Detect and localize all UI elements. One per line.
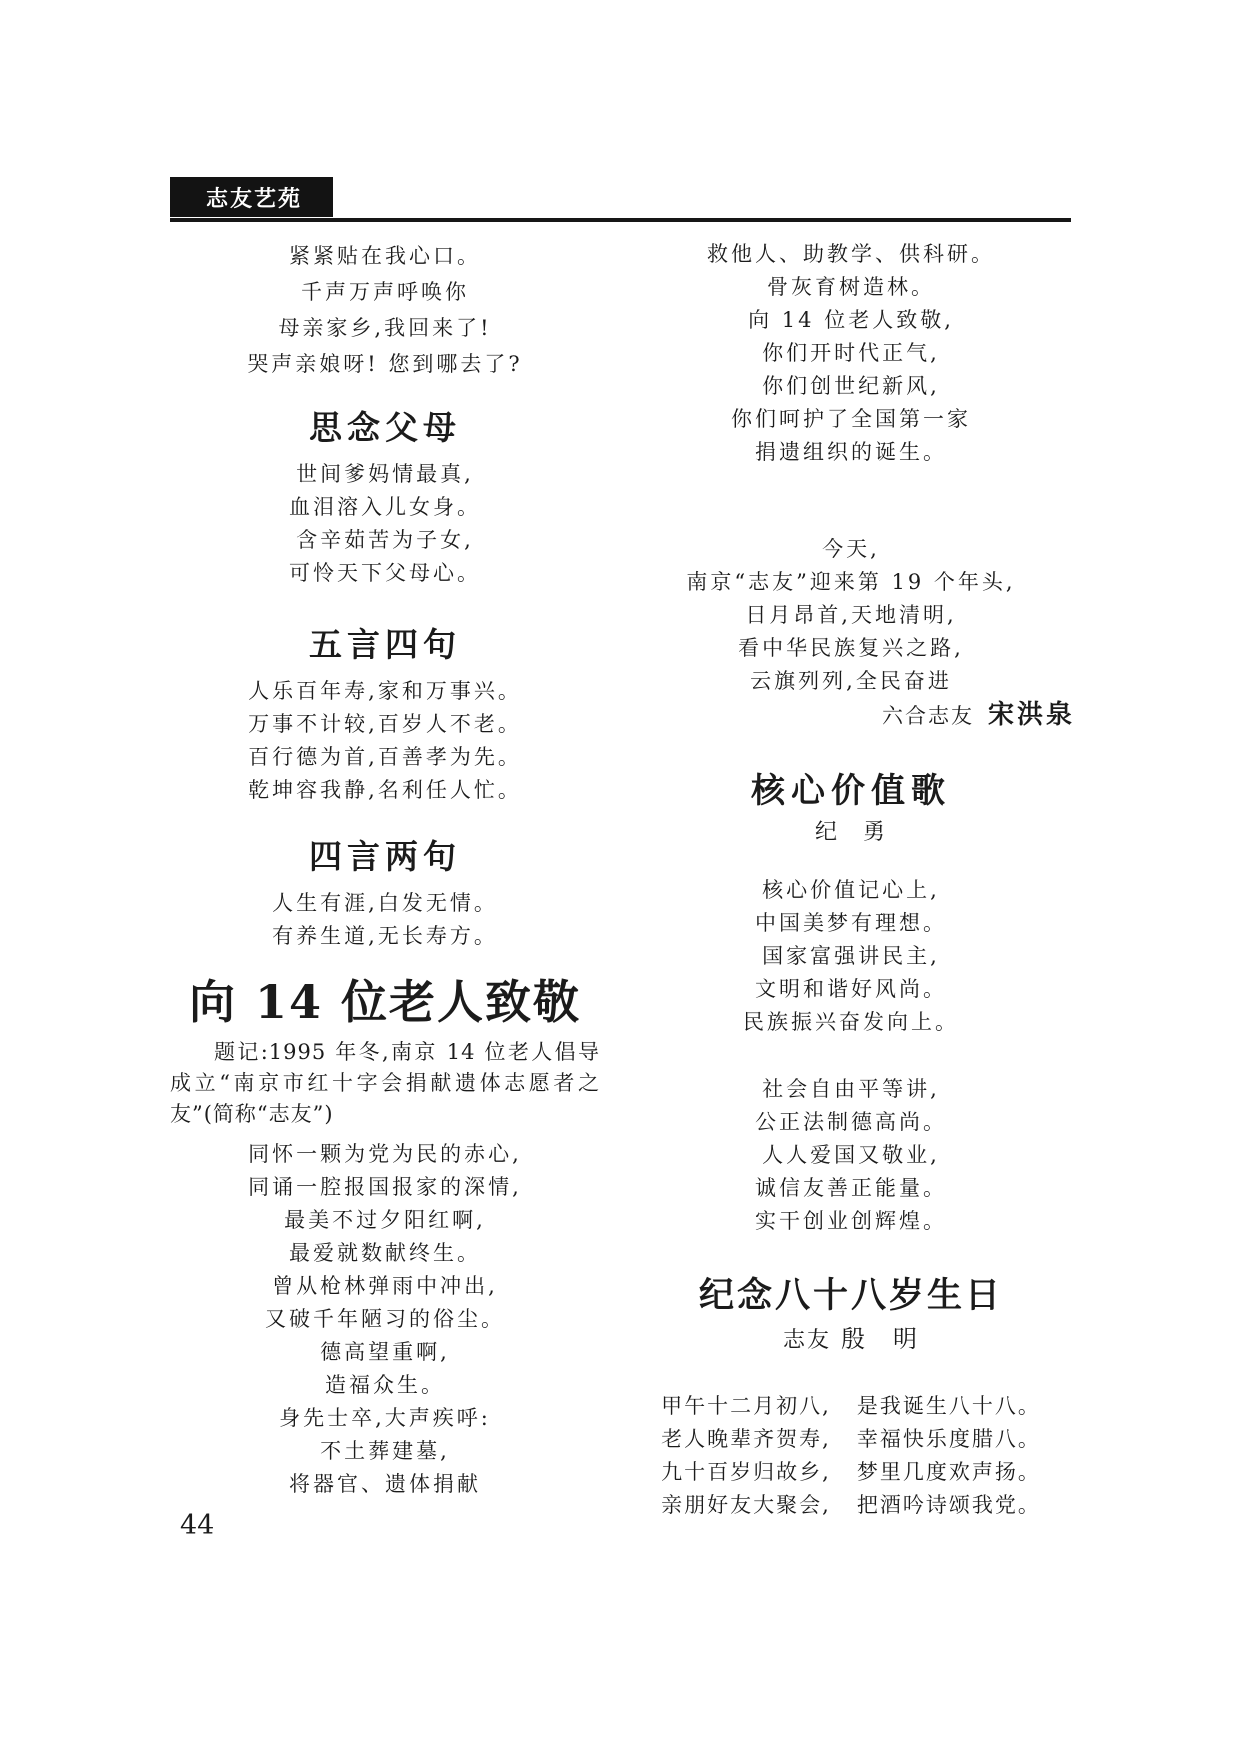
poem-line: 把酒吟诗颂我党。: [857, 1489, 1041, 1522]
poem-line: 南京“志友”迎来第 19 个年头,: [625, 566, 1077, 599]
poem-line: 骨灰育树造林。: [625, 271, 1077, 304]
left-column: 紧紧贴在我心口。 千声万声呼唤你 母亲家乡,我回来了! 哭声亲娘呀! 您到哪去了…: [170, 238, 600, 1501]
poem-continuation-stanza: 紧紧贴在我心口。 千声万声呼唤你 母亲家乡,我回来了! 哭声亲娘呀! 您到哪去了…: [170, 238, 600, 382]
birthday-poem-stanza: 甲午十二月初八,是我诞生八十八。 老人晚辈齐贺寿,幸福快乐度腊八。 九十百岁归故…: [625, 1390, 1077, 1522]
author-signature: 六合志友宋洪泉: [625, 698, 1077, 733]
poem-five-char-stanza: 人乐百年寿,家和万事兴。 万事不计较,百岁人不老。 百行德为首,百善孝为先。 乾…: [170, 675, 600, 807]
author-affiliation: 志友: [783, 1328, 831, 1353]
poem-line: 云旗列列,全民奋进: [625, 665, 1077, 698]
poem-line: 又破千年陋习的俗尘。: [170, 1303, 600, 1336]
poem-line: 母亲家乡,我回来了!: [170, 310, 600, 346]
poem-line: 甲午十二月初八,: [661, 1390, 831, 1423]
poem-line: 同怀一颗为党为民的赤心,: [170, 1138, 600, 1171]
poem-line: 最爱就数献终生。: [170, 1237, 600, 1270]
core-values-song-author: 纪 勇: [625, 818, 1077, 848]
poem-line: 核心价值记心上,: [625, 874, 1077, 907]
poem-four-char-stanza: 人生有涯,白发无情。 有养生道,无长寿方。: [170, 887, 600, 953]
poem-title-missing-parents: 思念父母: [170, 406, 600, 450]
poem-line: 向 14 位老人致敬,: [625, 304, 1077, 337]
poem-line: 国家富强讲民主,: [625, 940, 1077, 973]
poem-line: 曾从枪林弹雨中冲出,: [170, 1270, 600, 1303]
poem-missing-parents-stanza: 世间爹妈情最真, 血泪溶入儿女身。 含辛茹苦为子女, 可怜天下父母心。: [170, 458, 600, 590]
poem-line: 诚信友善正能量。: [625, 1172, 1077, 1205]
poem-line: 含辛茹苦为子女,: [170, 524, 600, 557]
poem-line: 救他人、助教学、供科研。: [625, 238, 1077, 271]
tribute-poem-title: 向 14 位老人致敬: [170, 973, 600, 1031]
poem-line: 文明和谐好风尚。: [625, 973, 1077, 1006]
right-column: 救他人、助教学、供科研。 骨灰育树造林。 向 14 位老人致敬, 你们开时代正气…: [625, 238, 1077, 1522]
poem-line: 民族振兴奋发向上。: [625, 1006, 1077, 1039]
poem-couplet: 甲午十二月初八,是我诞生八十八。: [625, 1390, 1077, 1423]
author-affiliation: 六合志友: [882, 704, 974, 728]
poem-line: 将器官、遗体捐献: [170, 1468, 600, 1501]
author-name: 殷 明: [841, 1325, 919, 1353]
poem-line: 最美不过夕阳红啊,: [170, 1204, 600, 1237]
tribute-poem-final-stanza: 今天, 南京“志友”迎来第 19 个年头, 日月昂首,天地清明, 看中华民族复兴…: [625, 533, 1077, 698]
poem-line: 有养生道,无长寿方。: [170, 920, 600, 953]
poem-line: 梦里几度欢声扬。: [857, 1456, 1041, 1489]
poem-line: 德高望重啊,: [170, 1336, 600, 1369]
poem-title-five-char: 五言四句: [170, 623, 600, 667]
magazine-page: 志友艺苑 紧紧贴在我心口。 千声万声呼唤你 母亲家乡,我回来了! 哭声亲娘呀! …: [0, 0, 1240, 1754]
poem-line: 你们开时代正气,: [625, 337, 1077, 370]
poem-line: 千声万声呼唤你: [170, 274, 600, 310]
poem-line: 公正法制德高尚。: [625, 1106, 1077, 1139]
poem-couplet: 老人晚辈齐贺寿,幸福快乐度腊八。: [625, 1423, 1077, 1456]
tribute-poem-preface: 题记:1995 年冬,南京 14 位老人倡导成立“南京市红十字会捐献遗体志愿者之…: [170, 1037, 600, 1130]
tribute-poem-stanza: 同怀一颗为党为民的赤心, 同诵一腔报国报家的深情, 最美不过夕阳红啊, 最爱就数…: [170, 1138, 600, 1501]
poem-line: 幸福快乐度腊八。: [857, 1423, 1041, 1456]
birthday-poem-title: 纪念八十八岁生日: [625, 1272, 1077, 1320]
poem-line: 万事不计较,百岁人不老。: [170, 708, 600, 741]
poem-line: 紧紧贴在我心口。: [170, 238, 600, 274]
page-number: 44: [180, 1510, 214, 1541]
poem-line: 你们呵护了全国第一家: [625, 403, 1077, 436]
poem-line: 今天,: [625, 533, 1077, 566]
core-values-stanza-2: 社会自由平等讲, 公正法制德高尚。 人人爱国又敬业, 诚信友善正能量。 实干创业…: [625, 1073, 1077, 1238]
poem-line: 百行德为首,百善孝为先。: [170, 741, 600, 774]
poem-line: 同诵一腔报国报家的深情,: [170, 1171, 600, 1204]
poem-line: 造福众生。: [170, 1369, 600, 1402]
poem-line: 世间爹妈情最真,: [170, 458, 600, 491]
poem-title-four-char: 四言两句: [170, 835, 600, 879]
poem-line: 乾坤容我静,名利任人忙。: [170, 774, 600, 807]
poem-couplet: 亲朋好友大聚会,把酒吟诗颂我党。: [625, 1489, 1077, 1522]
poem-couplet: 九十百岁归故乡,梦里几度欢声扬。: [625, 1456, 1077, 1489]
poem-line: 社会自由平等讲,: [625, 1073, 1077, 1106]
birthday-poem-author: 志友殷 明: [625, 1324, 1077, 1356]
section-header-badge: 志友艺苑: [170, 177, 333, 217]
poem-line: 不土葬建墓,: [170, 1435, 600, 1468]
poem-line: 身先士卒,大声疾呼:: [170, 1402, 600, 1435]
core-values-song-title: 核心价值歌: [625, 768, 1077, 814]
poem-line: 实干创业创辉煌。: [625, 1205, 1077, 1238]
poem-line: 血泪溶入儿女身。: [170, 491, 600, 524]
poem-line: 你们创世纪新风,: [625, 370, 1077, 403]
poem-line: 人乐百年寿,家和万事兴。: [170, 675, 600, 708]
poem-line: 是我诞生八十八。: [857, 1390, 1041, 1423]
poem-line: 中国美梦有理想。: [625, 907, 1077, 940]
poem-line: 捐遗组织的诞生。: [625, 436, 1077, 469]
poem-line: 九十百岁归故乡,: [661, 1456, 831, 1489]
tribute-poem-continued-stanza: 救他人、助教学、供科研。 骨灰育树造林。 向 14 位老人致敬, 你们开时代正气…: [625, 238, 1077, 469]
poem-line: 看中华民族复兴之路,: [625, 632, 1077, 665]
poem-line: 老人晚辈齐贺寿,: [661, 1423, 831, 1456]
poem-line: 日月昂首,天地清明,: [625, 599, 1077, 632]
poem-line: 哭声亲娘呀! 您到哪去了?: [170, 346, 600, 382]
poem-line: 可怜天下父母心。: [170, 557, 600, 590]
core-values-stanza-1: 核心价值记心上, 中国美梦有理想。 国家富强讲民主, 文明和谐好风尚。 民族振兴…: [625, 874, 1077, 1039]
poem-line: 人生有涯,白发无情。: [170, 887, 600, 920]
section-header-label: 志友艺苑: [206, 182, 302, 213]
poem-line: 人人爱国又敬业,: [625, 1139, 1077, 1172]
poem-line: 亲朋好友大聚会,: [661, 1489, 831, 1522]
header-rule: [170, 218, 1071, 222]
author-name: 宋洪泉: [988, 700, 1075, 730]
